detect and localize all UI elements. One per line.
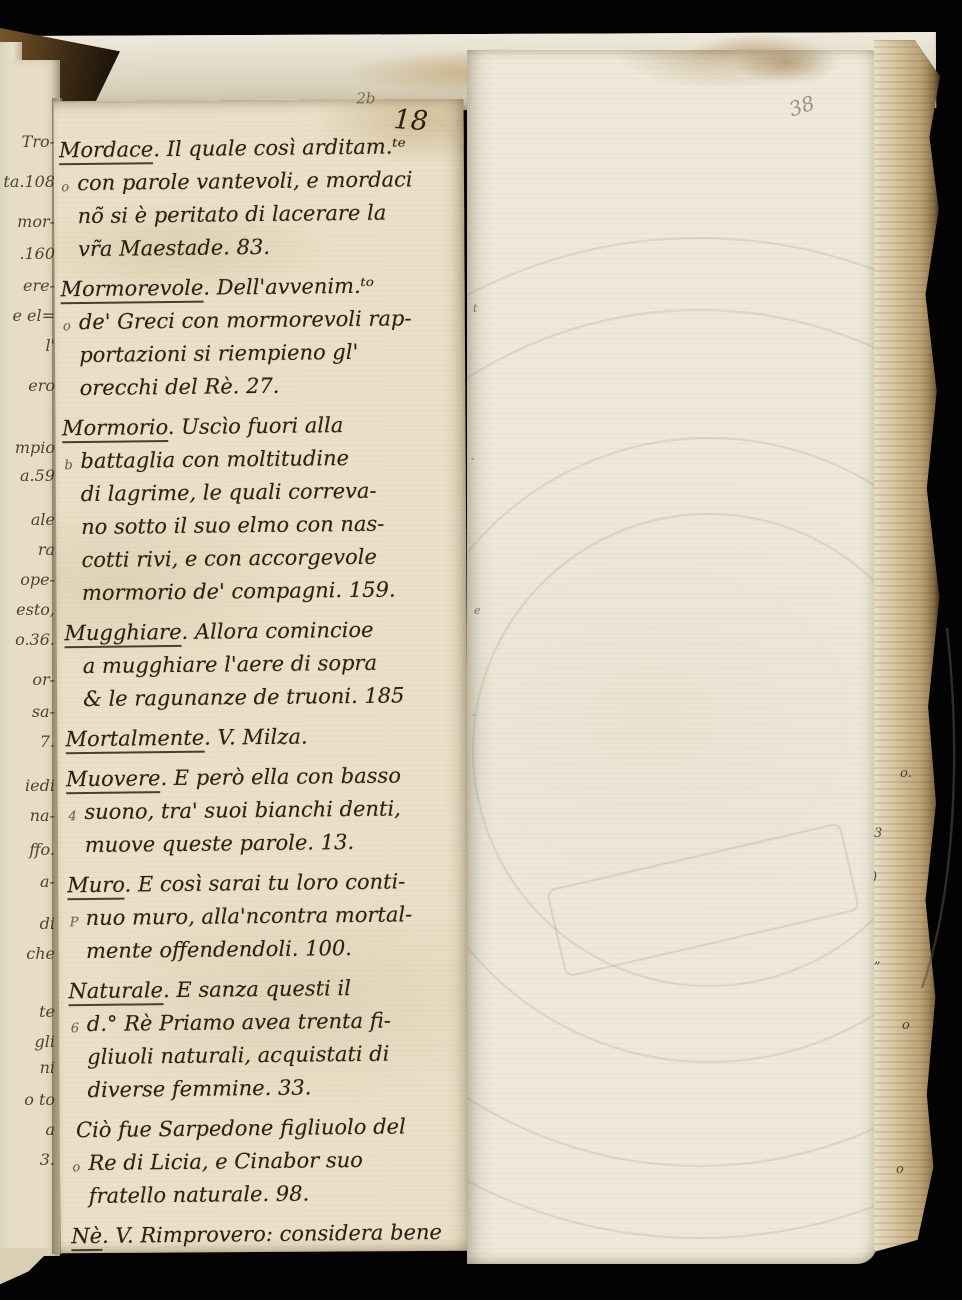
entry-mortalmente: Mortalmente. V. Milza.: [65, 719, 463, 757]
blank-facing-page: 38 t-e.: [467, 50, 877, 1264]
ink-speck: t: [473, 302, 477, 315]
manuscript-line: diverse femmine. 33.: [69, 1070, 467, 1108]
entry-text: . V. Milza.: [204, 724, 308, 749]
manuscript-line: 6d.° Rè Priamo avea trenta fi-: [69, 1004, 467, 1042]
facing-page-text-fragment: mpio: [15, 438, 55, 457]
entry-text: . E sanza questi il: [163, 976, 351, 1002]
entry-text: a mugghiare l'aere di sopra: [83, 651, 378, 678]
entry-term: Mordace: [59, 137, 154, 165]
manuscript-line: Muovere. E però ella con basso: [66, 759, 464, 797]
entry-muovere: Muovere. E però ella con basso4suono, tr…: [66, 759, 465, 863]
entry-text: muove queste parole. 13.: [85, 830, 355, 857]
entry-text: & le ragunanze de truoni. 185: [83, 683, 405, 711]
manuscript-line: orecchi del Rè. 27.: [61, 368, 459, 406]
facing-page-text-fragment: o.36.: [15, 630, 55, 649]
facing-page-text-fragment: Tro-: [22, 132, 55, 151]
entry-term: Nè: [71, 1224, 102, 1251]
facing-page-text-fragment: e el=: [12, 306, 55, 325]
entry-text: Re di Licia, e Cinabor suo: [88, 1148, 363, 1175]
manuscript-line: bbattaglia con moltitudine: [62, 441, 460, 479]
manuscript-line: di lagrime, le quali correva-: [63, 474, 461, 512]
entry-text: . Allora comincioe: [181, 618, 373, 644]
entry-term: Muovere: [66, 766, 161, 794]
entry-muro: Muro. E così sarai tu loro conti-Pnuo mu…: [67, 865, 466, 969]
entry-text: . Il quale così arditam.ᵗᵉ: [153, 134, 406, 161]
manuscript-line: a mugghiare l'aere di sopra: [65, 646, 463, 684]
entry-term: Mormorevole: [60, 276, 203, 305]
entry-text: portazioni si riempieno gl': [79, 340, 358, 367]
entry-mormorevole: Mormorevole. Dell'avvenim.ᵗᵒode' Greci c…: [60, 269, 459, 406]
manuscript-line: fratello naturale. 98.: [71, 1176, 469, 1214]
entry-continuation: Ciò fue Sarpedone figliuolo deloRe di Li…: [70, 1110, 469, 1214]
entry-text: diverse femmine. 33.: [87, 1075, 311, 1102]
entry-text: no sotto il suo elmo con nas-: [81, 512, 384, 539]
entry-text: . V. Rimprovero: considera bene: [102, 1220, 442, 1248]
manuscript-scan: Tro-ta.108mor-.160ere-e el=l'erompioa.59…: [0, 0, 962, 1300]
facing-page-text-fragment: a.59: [20, 466, 55, 485]
facing-page-text-fragment: esto,: [16, 600, 55, 619]
manuscript-line: gliuoli naturali, acquistati di: [69, 1037, 467, 1075]
fore-edge-ink-mark: 3: [874, 826, 882, 841]
facing-page-text-fragment: mor-: [17, 212, 55, 231]
manuscript-line: cotti rivi, e con accorgevole: [63, 540, 461, 578]
entry-text: . Uscìo fuori alla: [168, 413, 344, 439]
manuscript-line: no sotto il suo elmo con nas-: [63, 507, 461, 545]
entry-term: Muro: [67, 873, 125, 901]
entry-text: di lagrime, le quali correva-: [81, 479, 377, 506]
entry-text: orecchi del Rè. 27.: [79, 374, 279, 400]
fore-edge-ink-mark: o.: [900, 766, 912, 781]
entry-text: battaglia con moltitudine: [80, 446, 349, 473]
entry-term: Mortalmente: [65, 726, 204, 755]
ink-speck: e: [474, 604, 481, 617]
entry-text: con parole vantevoli, e mordaci: [77, 167, 413, 195]
entry-text: nuo muro, alla'ncontra mortal-: [85, 902, 412, 930]
manuscript-line: vr̃a Maestade. 83.: [60, 229, 458, 267]
fore-edge-rough: o.3)„oo: [874, 40, 940, 1252]
entry-naturale: Naturale. E sanza questi il6d.° Rè Priam…: [68, 971, 467, 1108]
manuscript-page: 2b 18 Mordace. Il quale così arditam.ᵗᵉo…: [53, 99, 470, 1253]
library-watermark: [467, 50, 877, 1264]
facing-page-text-fragment: ta.108: [3, 172, 55, 191]
entry-mordace: Mordace. Il quale così arditam.ᵗᵉocon pa…: [59, 130, 458, 267]
facing-page-text-fragment: ere-: [23, 276, 55, 295]
entry-text: vr̃a Maestade. 83.: [78, 235, 270, 261]
entry-term: Naturale: [68, 978, 163, 1006]
text-column: Mordace. Il quale così arditam.ᵗᵉocon pa…: [59, 130, 470, 1260]
facing-page-text-fragment: che: [26, 944, 55, 963]
manuscript-line: nõ si è peritato di lacerare la: [59, 196, 457, 234]
manuscript-line: Naturale. E sanza questi il: [68, 971, 466, 1009]
entry-text: Ciò fue Sarpedone figliuolo del: [76, 1114, 406, 1142]
entry-text: d.° Rè Priamo avea trenta fi-: [87, 1009, 391, 1036]
manuscript-line: Nè. V. Rimprovero: considera bene: [71, 1216, 469, 1254]
entry-text: de' Greci con mormorevoli rap-: [79, 306, 412, 334]
entry-text: cotti rivi, e con accorgevole: [81, 545, 377, 572]
ink-speck: -: [471, 452, 475, 465]
entry-text: . Dell'avvenim.ᵗᵒ: [203, 274, 374, 300]
manuscript-line: oRe di Licia, e Cinabor suo: [70, 1143, 468, 1181]
manuscript-line: mente offendendoli. 100.: [68, 931, 466, 969]
entry-nè: Nè. V. Rimprovero: considera bene: [71, 1216, 469, 1254]
entry-text: gliuoli naturali, acquistati di: [87, 1042, 389, 1069]
ink-speck: .: [472, 706, 476, 719]
manuscript-line: Mormorio. Uscìo fuori alla: [62, 408, 460, 446]
facing-page-text-fragment: .160: [19, 244, 55, 263]
manuscript-line: Ciò fue Sarpedone figliuolo del: [70, 1110, 468, 1148]
entry-text: . E però ella con basso: [160, 763, 401, 790]
manuscript-line: Mordace. Il quale così arditam.ᵗᵉ: [59, 130, 457, 168]
manuscript-line: & le ragunanze de truoni. 185: [65, 679, 463, 717]
entry-text: mente offendendoli. 100.: [86, 936, 352, 963]
entry-text: fratello naturale. 98.: [89, 1182, 310, 1208]
manuscript-line: Pnuo muro, alla'ncontra mortal-: [67, 898, 465, 936]
facing-page-text-fragment: iedi: [25, 776, 55, 795]
manuscript-line: muove queste parole. 13.: [67, 825, 465, 863]
fore-edge-ink-mark: o: [896, 1162, 904, 1177]
entry-term: Mugghiare: [64, 620, 181, 648]
entry-text: . E così sarai tu loro conti-: [124, 869, 405, 896]
entry-mugghiare: Mugghiare. Allora comincioea mugghiare l…: [64, 613, 463, 717]
manuscript-line: mormorio de' compagni. 159.: [64, 573, 462, 611]
facing-page-text-fragment: o to: [24, 1090, 55, 1109]
entry-term: Mormorio: [62, 415, 168, 443]
fore-edge-ink-mark: o: [902, 1018, 910, 1033]
fore-edge-ink-mark: „: [874, 952, 881, 967]
manuscript-line: Muro. E così sarai tu loro conti-: [67, 865, 465, 903]
entry-mormorio: Mormorio. Uscìo fuori allabbattaglia con…: [62, 408, 462, 611]
manuscript-line: 4suono, tra' suoi bianchi denti,: [66, 792, 464, 830]
manuscript-line: ode' Greci con mormorevoli rap-: [61, 302, 459, 340]
facing-page-text-fragment: ero: [28, 376, 55, 395]
entry-text: mormorio de' compagni. 159.: [82, 577, 396, 605]
entry-text: nõ si è peritato di lacerare la: [78, 201, 387, 228]
manuscript-line: ocon parole vantevoli, e mordaci: [59, 163, 457, 201]
entry-text: suono, tra' suoi bianchi denti,: [84, 796, 401, 824]
manuscript-line: portazioni si riempieno gl': [61, 335, 459, 373]
facing-page-text-fragment: ope-: [20, 570, 55, 589]
manuscript-line: Mugghiare. Allora comincioe: [64, 613, 462, 651]
manuscript-line: Mortalmente. V. Milza.: [65, 719, 463, 757]
foliation-mark: 2b: [356, 89, 375, 107]
manuscript-line: Mormorevole. Dell'avvenim.ᵗᵒ: [60, 269, 458, 307]
